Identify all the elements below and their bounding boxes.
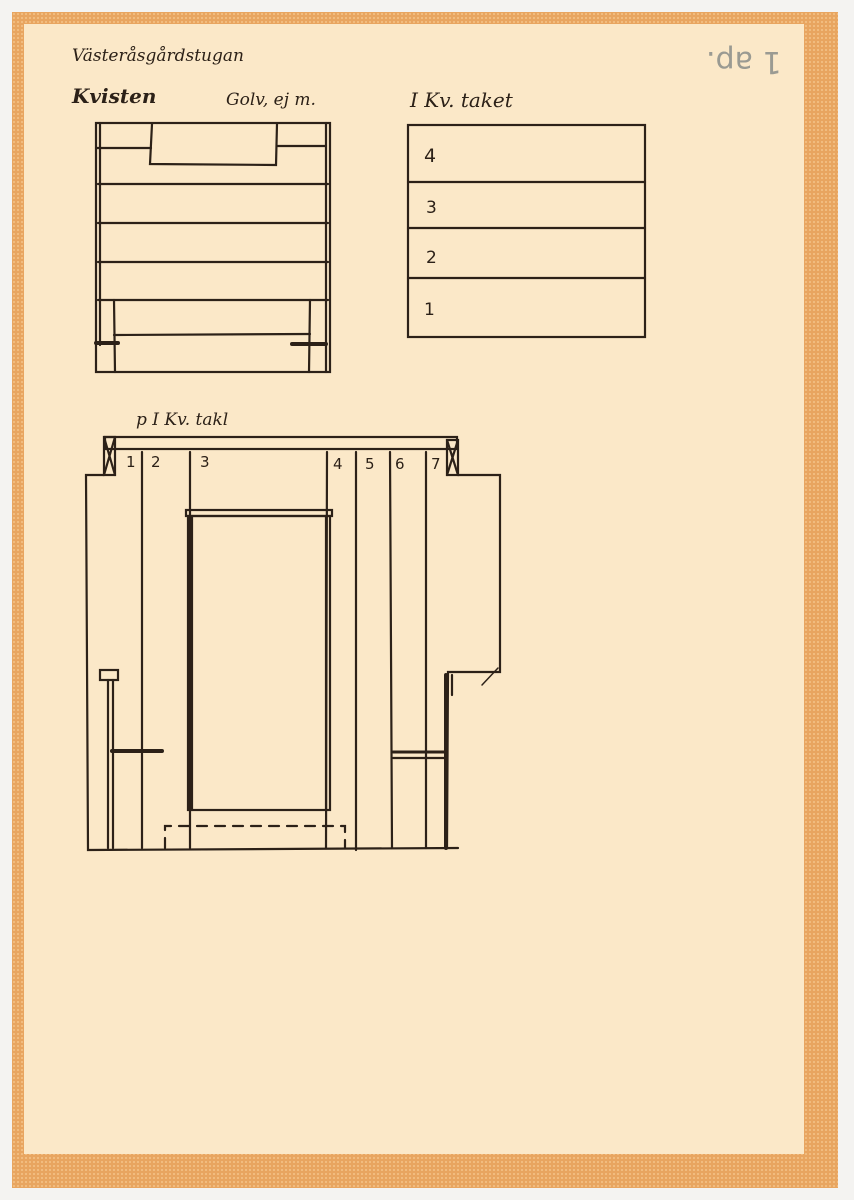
floor-plan [96,123,330,372]
ceiling-board-1: 1 [424,300,435,320]
drawing-lines [0,0,854,1200]
wall-board-6: 6 [395,455,405,473]
wall-board-2: 2 [151,453,161,471]
ceiling-plan [408,125,645,337]
ceiling-board-4: 4 [424,145,436,167]
wall-board-3: 3 [200,453,210,471]
wall-board-4: 4 [333,455,343,473]
wall-board-5: 5 [365,455,375,473]
ceiling-board-3: 3 [426,198,437,218]
wall-board-7: 7 [431,455,441,473]
wall-board-1: 1 [126,453,136,471]
ceiling-board-2: 2 [426,248,437,268]
wall-elevation [86,437,500,850]
